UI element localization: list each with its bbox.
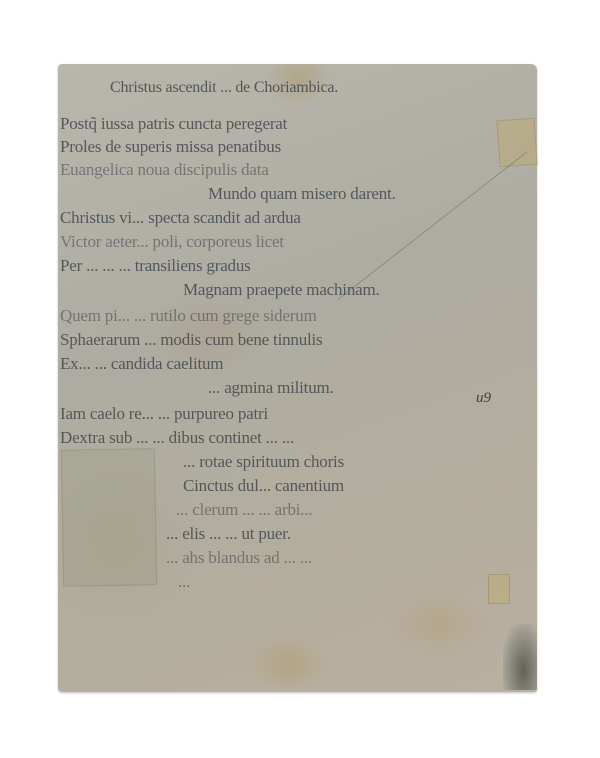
text-line: Ex... ... candida caelitum	[60, 354, 223, 374]
heading: Christus ascendit ... de Choriambica.	[110, 78, 338, 98]
text-line: Proles de superis missa penatibus	[60, 137, 281, 157]
tape-fragment-bottom-right	[488, 574, 510, 604]
text-line: Mundo quam misero darent.	[208, 184, 396, 204]
text-line: ...	[178, 572, 190, 592]
text-line: Victor aeter... poli, corporeus licet	[60, 232, 284, 252]
text-line: Quem pi... ... rutilo cum grege siderum	[60, 306, 317, 326]
text-line: Magnam praepete machinam.	[183, 280, 380, 300]
text-line: ... clerum ... ... arbi...	[176, 500, 312, 520]
corner-stain	[503, 624, 537, 690]
parchment-leaf: Christus ascendit ... de Choriambica. Po…	[58, 64, 537, 692]
text-line: ... ahs blandus ad ... ...	[166, 548, 312, 568]
repair-patch	[61, 448, 157, 587]
text-line: Iam caelo re... ... purpureo patri	[60, 404, 268, 424]
text-line: Per ... ... ... transiliens gradus	[60, 256, 251, 276]
text-line: Postq̃ iussa patris cuncta peregerat	[60, 114, 287, 134]
text-line: ... rotae spirituum choris	[183, 452, 344, 472]
margin-note: u9	[476, 390, 491, 407]
text-line: ... agmina militum.	[208, 378, 334, 398]
diagonal-tear	[338, 151, 528, 300]
text-line: Sphaerarum ... modis cum bene tinnulis	[60, 330, 322, 350]
text-line: Euangelica noua discipulis data	[60, 160, 269, 180]
text-line: ... elis ... ... ut puer.	[166, 524, 291, 544]
text-line: Cinctus dul... canentium	[183, 476, 344, 496]
text-line: Dextra sub ... ... dibus continet ... ..…	[60, 428, 294, 448]
text-line: Christus vi... specta scandit ad ardua	[60, 208, 301, 228]
